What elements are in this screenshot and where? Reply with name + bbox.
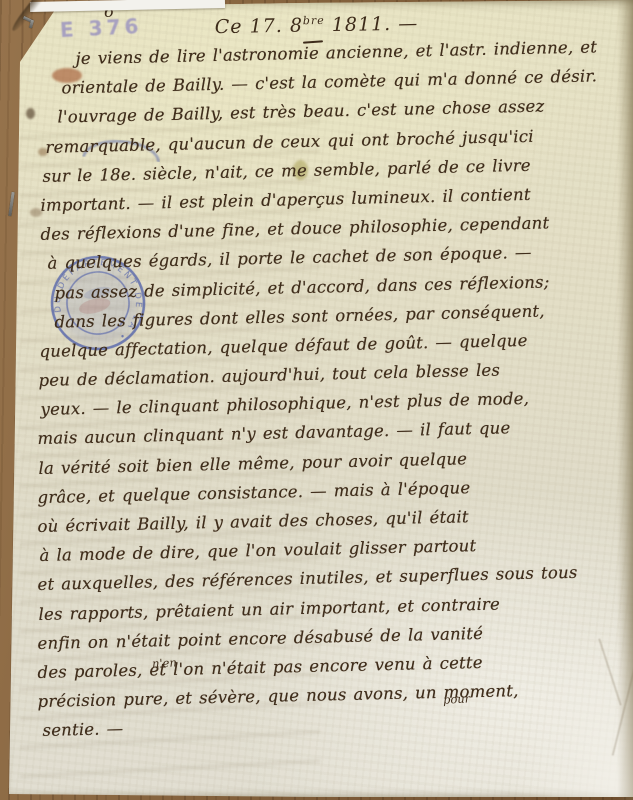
interlinear-insertion: n'en: [152, 655, 177, 670]
letter-body: je viens de lire l'astronomie ancienne, …: [38, 50, 616, 751]
date-superscript: bre: [303, 14, 325, 27]
date-suffix: 1811. —: [325, 13, 419, 37]
foxing-spot: [26, 108, 35, 119]
date-line: Ce 17. 8bre 1811. —: [0, 8, 633, 41]
interlinear-insertion: pour: [443, 691, 471, 706]
staple: [29, 20, 34, 29]
date-prefix: Ce 17. 8: [215, 15, 304, 39]
manuscript-page: E 376 6 DU DÉPARTEMENT DE LA • Ce 17. 8b…: [0, 0, 633, 797]
staple: [8, 192, 14, 216]
deckled-right-edge: [617, 0, 633, 800]
